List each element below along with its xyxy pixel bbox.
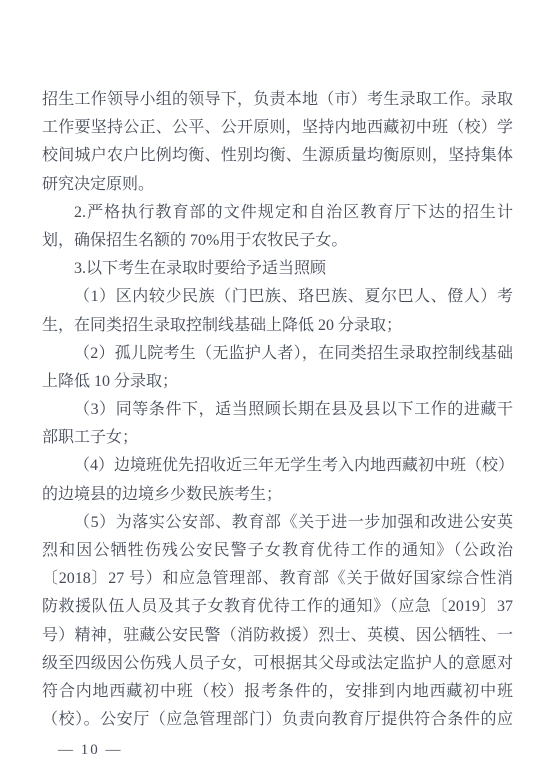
text-line: 2.严格执行教育部的文件规定和自治区教育厅下达的招生计 bbox=[42, 199, 513, 227]
page-number: — 10 — bbox=[58, 740, 123, 760]
text-line: 3.以下考生在录取时要给予适当照顾 bbox=[42, 255, 513, 283]
text-line: 研究决定原则。 bbox=[42, 171, 513, 199]
text-line: （3）同等条件下，适当照顾长期在县及县以下工作的进藏干 bbox=[42, 396, 513, 424]
text-line: 生，在同类招生录取控制线基础上降低 20 分录取； bbox=[42, 312, 513, 340]
text-line: 符合内地西藏初中班（校）报考条件的，安排到内地西藏初中班 bbox=[42, 678, 513, 706]
text-line: 烈和因公牺牲伤残公安民警子女教育优待工作的通知》（公政治 bbox=[42, 537, 513, 565]
text-line: 招生工作领导小组的领导下，负责本地（市）考生录取工作。录取 bbox=[42, 86, 513, 114]
text-line: （2）孤儿院考生（无监护人者），在同类招生录取控制线基础 bbox=[42, 340, 513, 368]
text-line: 的边境县的边境乡少数民族考生； bbox=[42, 481, 513, 509]
text-line: （校）。公安厅（应急管理部门）负责向教育厅提供符合条件的应 bbox=[42, 706, 513, 734]
document-page: 招生工作领导小组的领导下，负责本地（市）考生录取工作。录取 工作要坚持公正、公平… bbox=[0, 0, 555, 772]
text-line: 部职工子女； bbox=[42, 424, 513, 452]
text-line: （5）为落实公安部、教育部《关于进一步加强和改进公安英 bbox=[42, 509, 513, 537]
text-line: 工作要坚持公正、公平、公开原则，坚持内地西藏初中班（校）学 bbox=[42, 114, 513, 142]
text-line: 号）精神，驻藏公安民警（消防救援）烈士、英模、因公牺牲、一 bbox=[42, 622, 513, 650]
text-line: 防救援队伍人员及其子女教育优待工作的通知》（应急〔2019〕37 bbox=[42, 593, 513, 621]
text-line: （1）区内较少民族（门巴族、珞巴族、夏尔巴人、僜人）考 bbox=[42, 283, 513, 311]
text-line: 校间城户农户比例均衡、性别均衡、生源质量均衡原则，坚持集体 bbox=[42, 142, 513, 170]
text-line: 划，确保招生名额的 70%用于农牧民子女。 bbox=[42, 227, 513, 255]
text-line: （4）边境班优先招收近三年无学生考入内地西藏初中班（校） bbox=[42, 452, 513, 480]
text-line: 级至四级因公伤残人员子女，可根据其父母或法定监护人的意愿对 bbox=[42, 650, 513, 678]
text-line: 上降低 10 分录取； bbox=[42, 368, 513, 396]
text-line: 〔2018〕27 号）和应急管理部、教育部《关于做好国家综合性消 bbox=[42, 565, 513, 593]
document-body: 招生工作领导小组的领导下，负责本地（市）考生录取工作。录取 工作要坚持公正、公平… bbox=[42, 86, 513, 734]
